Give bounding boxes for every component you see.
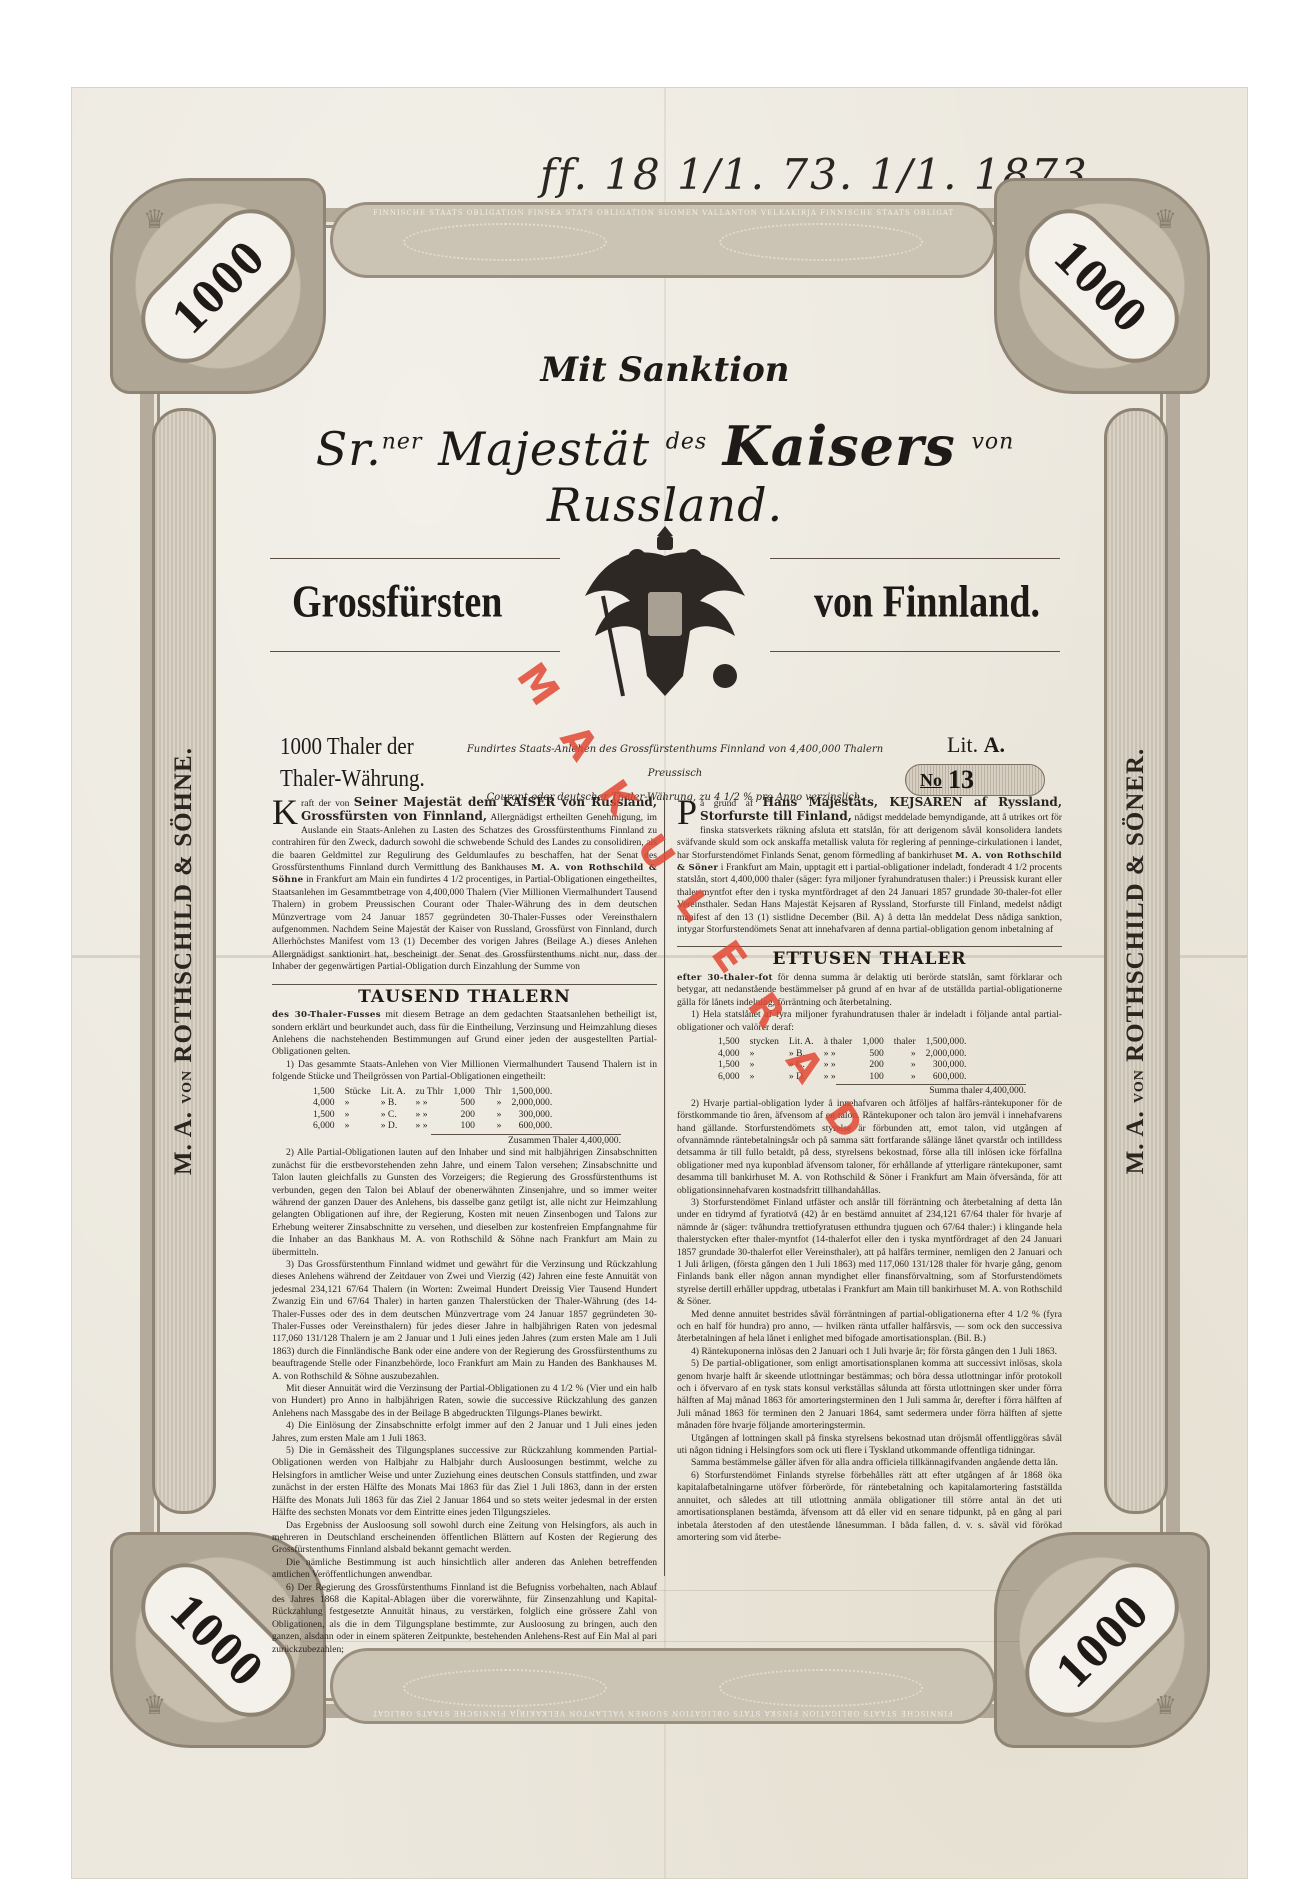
bond-terms: K raft der von Seiner Majestät dem KAISE… (272, 796, 1062, 1656)
banker-von: VON (180, 1070, 195, 1104)
table-row: 1,500styckenLit. A.à thaler1,000thaler1,… (713, 1036, 971, 1048)
swirl-ornament (403, 1669, 607, 1707)
clause-3b: Mit dieser Annuität wird die Verzinsung … (272, 1383, 657, 1420)
crown-icon: ♛ (143, 205, 166, 235)
double-headed-eagle-icon (575, 506, 755, 706)
table-row: 1,500»» C.» »200»300,000. (308, 1109, 557, 1121)
allocation-total: Summa thaler 4,400,000. (836, 1084, 1026, 1097)
clause-6: 6) Storfurstendömet Finlands styrelse fö… (677, 1470, 1062, 1544)
top-ornament-band: FINNISCHE STAATS OBLIGATION FINSKA STATS… (330, 202, 996, 278)
after-title-bold: des 30-Thaler-Fusses (272, 1010, 381, 1020)
clause-3: 3) Das Grossfürstenthum Finnland widmet … (272, 1259, 657, 1383)
side-band-right: M. A. VON ROTHSCHILD & SÖNER. (1104, 408, 1168, 1514)
border-microtext: FINNISCHE STAATS OBLIGATION FINSKA STATS… (373, 1709, 953, 1717)
clause-5b: Utgången af lottningen skall på finska s… (677, 1433, 1062, 1458)
border-microtext: FINNISCHE STAATS OBLIGATION FINSKA STATS… (373, 209, 953, 217)
denomination-line-1: 1000 Thaler der (280, 730, 425, 762)
intro-pre: å grund af (700, 798, 753, 809)
table-row: 6,000»» D.» »100»600,000. (308, 1120, 557, 1132)
loan-description-line-1: Fundirtes Staats-Anlehen des Grossfürste… (440, 738, 910, 786)
von-finnland-text: von Finnland. (814, 576, 1040, 629)
sanction-heading: Mit Sanktion (270, 350, 1060, 390)
grand-duke-row: Grossfürsten von Finnland. (270, 546, 1060, 666)
header-area: Mit Sanktion Sr.ner Majestät des Kaisers… (270, 340, 1060, 812)
denomination-line-2: Thaler-Währung. (280, 762, 425, 794)
crown-icon: ♛ (1154, 1691, 1177, 1721)
clause-5: 5) Die in Gemässheit des Tilgungsplanes … (272, 1445, 657, 1519)
clause-4: 4) Räntekuponerna inlösas den 2 Januari … (677, 1346, 1062, 1358)
table-row: 1,500StückeLit. A.zu Thlr1,000Thlr1,500,… (308, 1086, 557, 1098)
table-row: 1,500»» C.» »200»300,000. (713, 1059, 971, 1071)
clause-5b: Das Ergebniss der Ausloosung soll sowohl… (272, 1520, 657, 1557)
side-band-left: M. A. VON ROTHSCHILD & SÖHNE. (152, 408, 216, 1514)
intro-pre: raft der von (301, 798, 349, 809)
amount-title: TAUSEND THALERN (272, 984, 657, 1003)
number-label: No (920, 770, 942, 791)
dropcap: P (677, 798, 697, 826)
majesty-prefix: Sr. (316, 422, 382, 476)
series-letter: Lit. A. (947, 732, 1005, 758)
clause-5c: Samma bestämmelse gäller äfven för alla … (677, 1457, 1062, 1469)
von-word: von (971, 430, 1014, 455)
banker-von: VON (1132, 1069, 1147, 1103)
german-terms-column: K raft der von Seiner Majestät dem KAISE… (272, 796, 657, 1656)
clause-5c: Die nämliche Bestimmung ist auch hinsich… (272, 1557, 657, 1582)
allocation-table: 1,500StückeLit. A.zu Thlr1,000Thlr1,500,… (308, 1086, 557, 1132)
clause-1: 1) Hela statslånet af fyra miljoner fyra… (677, 1009, 1062, 1034)
banker-prefix: M. A. (1122, 1110, 1149, 1174)
clause-3: 3) Storfurstendömet Finland utfäster och… (677, 1197, 1062, 1309)
crown-icon: ♛ (143, 1691, 166, 1721)
clause-3b: Med denne annuitet bestrides såväl förrä… (677, 1309, 1062, 1346)
majesty-word: Majestät (438, 422, 650, 476)
banker-label-german: M. A. VON ROTHSCHILD & SÖHNE. (170, 747, 198, 1175)
bottom-ornament-band: FINNISCHE STAATS OBLIGATION FINSKA STATS… (330, 1648, 996, 1724)
banker-label-swedish: M. A. VON ROTHSCHILD & SÖNER. (1122, 748, 1150, 1175)
kaisers-word: Kaisers (723, 414, 956, 478)
swedish-terms-column: P å grund af Hans Majestäts, KEJSAREN af… (677, 796, 1062, 1656)
swirl-ornament (719, 1669, 923, 1707)
swirl-ornament (719, 223, 923, 261)
lit-value: A. (984, 732, 1005, 757)
banker-name: ROTHSCHILD & SÖNER. (1122, 748, 1149, 1062)
intro-text-2: i Frankfurt am Main, upptagit ett i part… (677, 862, 1062, 935)
table-row: 4,000»» B.» »500»2,000,000. (308, 1097, 557, 1109)
clause-1: 1) Das gesammte Staats-Anlehen von Vier … (272, 1059, 657, 1084)
allocation-total: Zusammen Thaler 4,400,000. (431, 1134, 621, 1147)
lit-label: Lit. (947, 732, 978, 757)
serial-number-box: No 13 (905, 764, 1045, 796)
clause-4: 4) Die Einlösung der Zinsabschnitte erfo… (272, 1420, 657, 1445)
table-row: 4,000»» B.» »500»2,000,000. (713, 1048, 971, 1060)
allocation-table: 1,500styckenLit. A.à thaler1,000thaler1,… (713, 1036, 971, 1082)
show-through-table (300, 1590, 1020, 1642)
after-title-paragraph: des 30-Thaler-Fusses mit diesem Betrage … (272, 1009, 657, 1059)
banker-name: ROTHSCHILD & SÖHNE. (170, 747, 197, 1063)
clause-2: 2) Alle Partial-Obligationen lauten auf … (272, 1147, 657, 1259)
swirl-ornament (403, 223, 607, 261)
majesty-sup: ner (382, 430, 423, 455)
intro-text-2: in Frankfurt am Main ein fundirtes 4 1/2… (272, 874, 657, 972)
des-word: des (666, 430, 707, 455)
crown-icon: ♛ (1154, 205, 1177, 235)
clause-5: 5) De partial-obligationer, som enligt a… (677, 1358, 1062, 1432)
serial-number: 13 (948, 765, 974, 795)
grossfursten-text: Grossfürsten (292, 576, 502, 629)
denomination-text: 1000 Thaler der Thaler-Währung. (280, 730, 425, 794)
banker-prefix: M. A. (170, 1111, 197, 1175)
dropcap: K (272, 798, 298, 826)
